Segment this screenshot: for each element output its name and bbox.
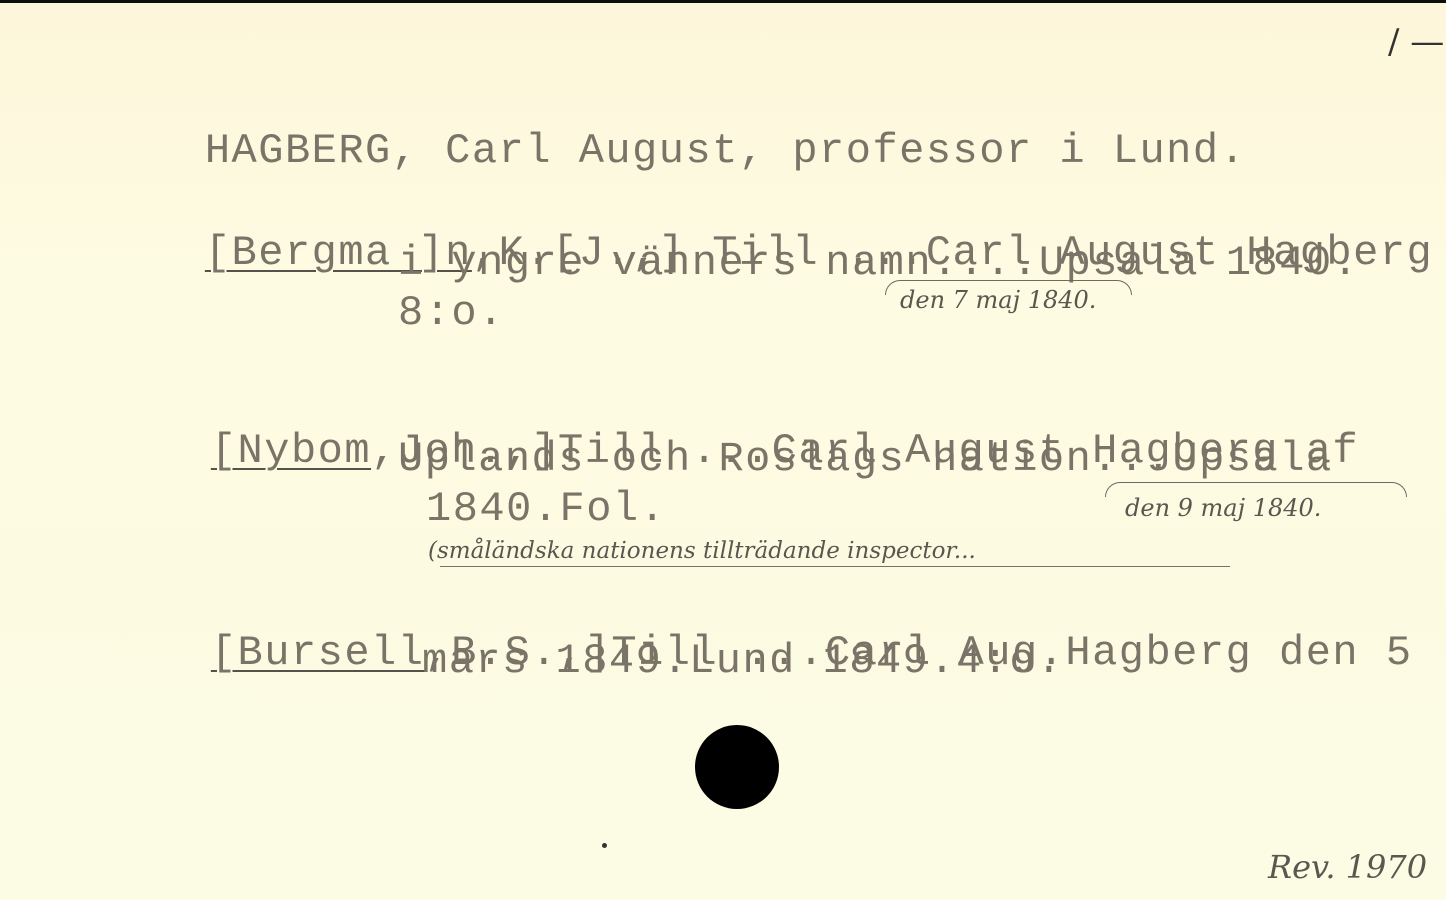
card-top-edge xyxy=(0,0,1446,3)
entry-3-insert-line xyxy=(440,566,1230,567)
entry-2-handwritten-note: den 9 maj 1840. xyxy=(1125,494,1321,522)
entry-3-line-2: mars 1849.Lund 1849.4:o. xyxy=(422,640,1063,682)
entry-3-handwritten-insert: (småländska nationens tillträdande inspe… xyxy=(428,538,976,564)
entry-2-line-2: Uplands och Roslags nation...Upsala xyxy=(398,438,1333,480)
ink-speck xyxy=(602,843,607,848)
entry-1-handwritten-note: den 7 maj 1840. xyxy=(900,286,1096,314)
catalog-card: / — HAGBERG, Carl August, professor i Lu… xyxy=(0,0,1446,900)
entry-3-author: [Bursell xyxy=(211,629,425,677)
corner-mark: / — xyxy=(1388,22,1444,62)
entry-1-line-2: i yngre vänners namn....Upsala 1840. xyxy=(398,242,1359,284)
revision-note: Rev. 1970 xyxy=(1268,848,1427,886)
heading-rest: Carl August, professor i Lund. xyxy=(418,127,1246,175)
heading-surname: HAGBERG, xyxy=(205,127,419,175)
entry-1-line-3: 8:o. xyxy=(398,292,505,334)
entry-2-line-3: 1840.Fol. xyxy=(426,488,666,530)
punch-hole xyxy=(695,725,779,809)
entry-2-author: [Nybom xyxy=(211,427,371,475)
